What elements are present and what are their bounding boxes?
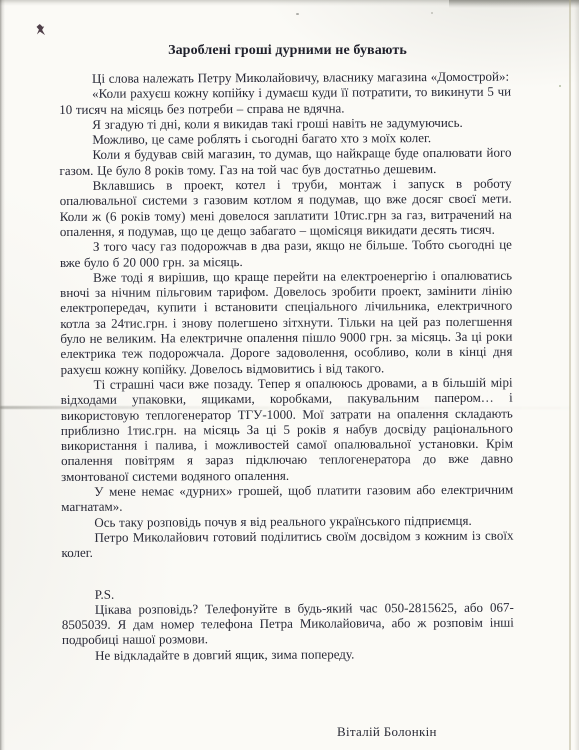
scanned-document-page: Зароблені гроші дурними не бувають Ці сл… [0,0,579,750]
paragraph: Петро Миколайович готовий поділитись сво… [61,528,513,561]
paragraph: Вже тоді я вирішив, що краще перейти на … [60,267,513,376]
page-fold-line [569,0,571,750]
document-body: Ці слова належать Петру Миколайовичу, вл… [59,69,514,663]
paragraph: Коли я будував свій магазин, то думав, щ… [59,145,511,178]
paragraph: Я згадую ті дні, коли я викидав такі гро… [59,115,511,133]
paragraph: У мене немає «дурних» грошей, щоб платит… [61,482,513,515]
scan-speck [431,12,433,14]
scan-speck [296,13,299,15]
paragraph: «Коли рахуєш кожну копійку і думаєш куди… [59,84,511,117]
scan-smudge-top-right [449,0,579,8]
ink-blot [35,23,46,37]
paragraph: Не відкладайте в довгий ящик, зима попер… [62,645,514,663]
paragraph: З того часу газ подорожчав в два рази, я… [60,237,512,270]
scan-edge-left [0,0,5,750]
scan-speck [559,85,561,87]
paragraph: Цікава розповідь? Телефонуйте в будь-яки… [62,599,514,647]
paragraph: Ті страшні часи вже позаду. Тепер я опал… [61,375,514,484]
paragraph: Вклавшись в проект, котел і труби, монта… [60,176,512,240]
scan-edge-right [574,0,579,750]
document-title: Зароблені гроші дурними не бувають [0,43,575,59]
signature: Віталій Болонкін [337,724,437,740]
